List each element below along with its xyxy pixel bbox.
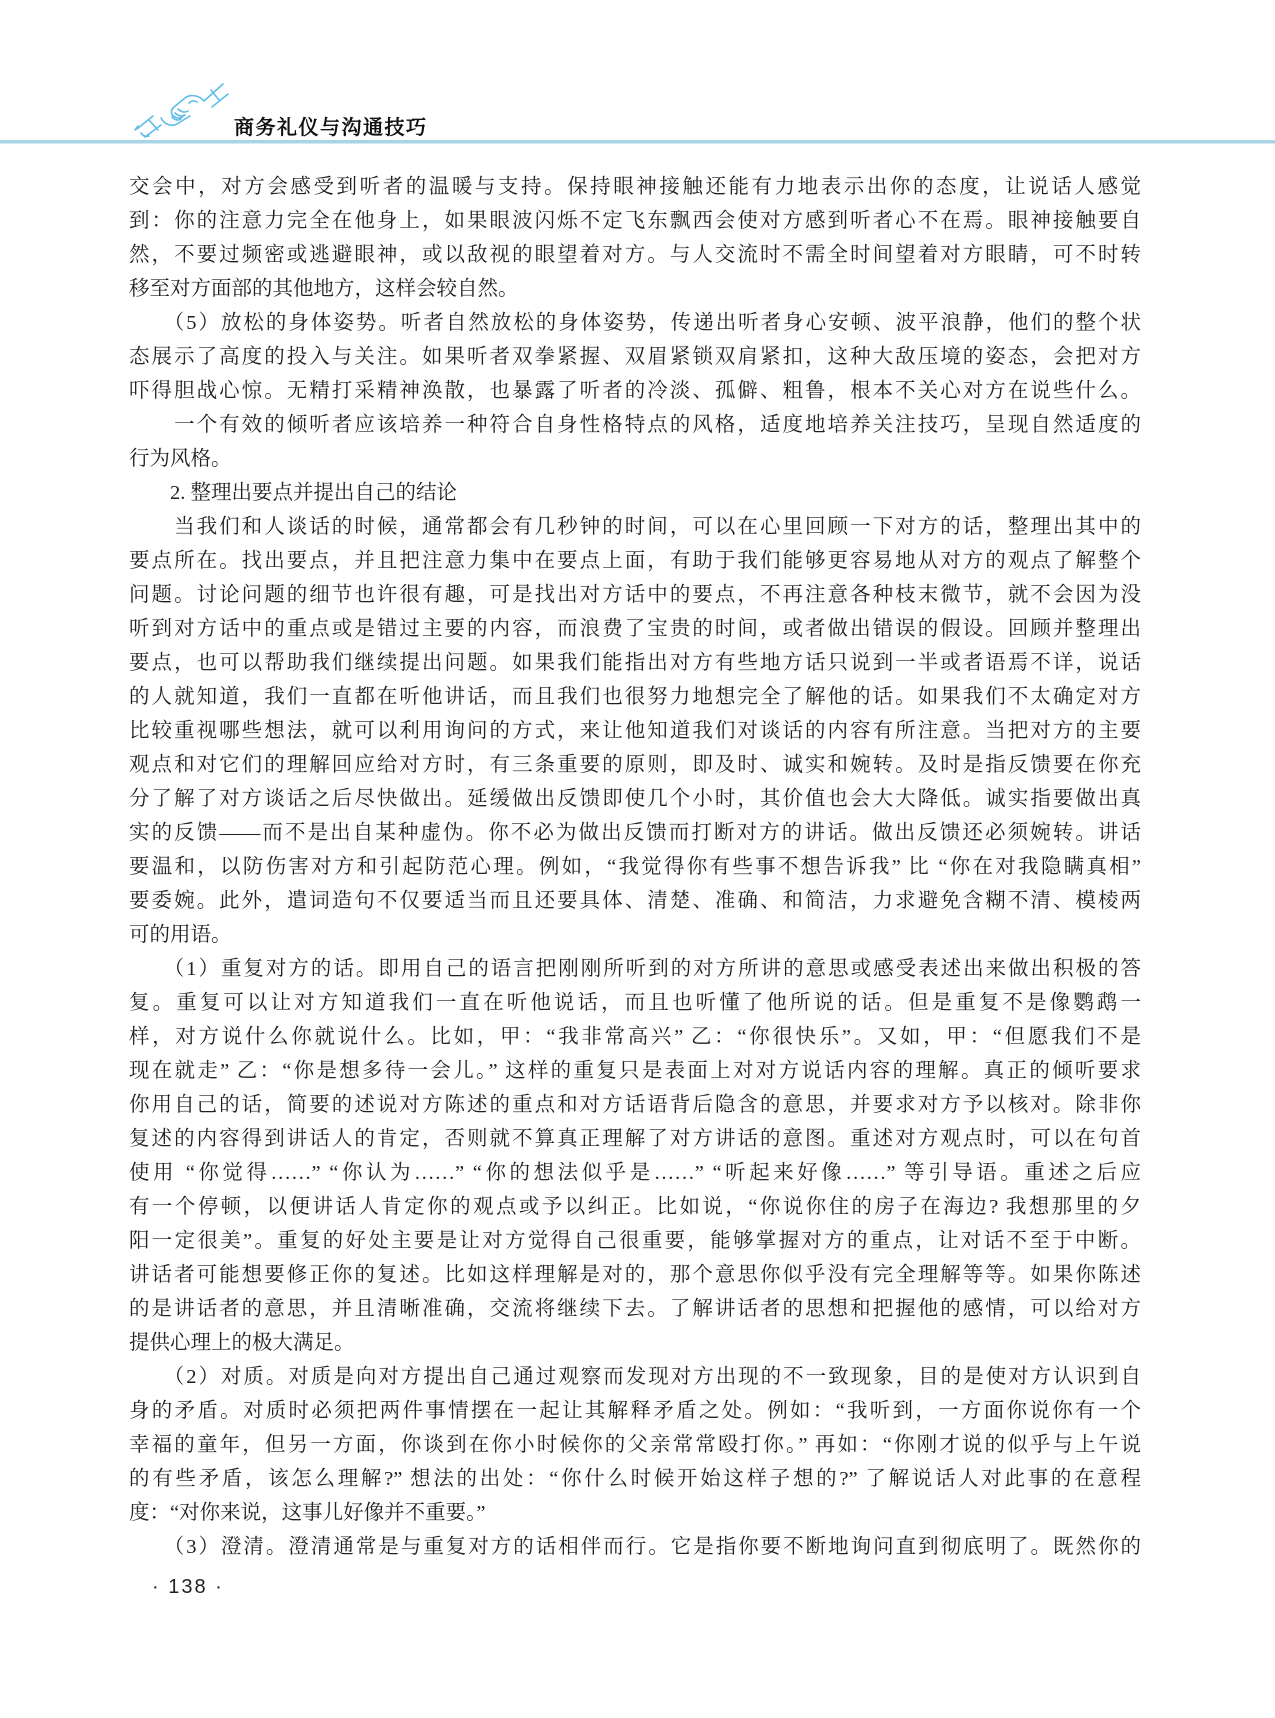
- text-line: 要温和，以防伤害对方和引起防范心理。例如，“我觉得你有些事不想告诉我” 比 “你…: [129, 850, 1141, 884]
- text-line: 2. 整理出要点并提出自己的结论: [129, 476, 1141, 510]
- text-line: 提供心理上的极大满足。: [129, 1326, 1141, 1360]
- text-line: 分了解了对方谈话之后尽快做出。延缓做出反馈即使几个小时，其价值也会大大降低。诚实…: [129, 782, 1141, 816]
- text-line: 样，对方说什么你就说什么。比如，甲：“我非常高兴” 乙：“你很快乐”。又如，甲：…: [129, 1020, 1141, 1054]
- text-line: 行为风格。: [129, 442, 1141, 476]
- text-column: 交会中，对方会感受到听者的温暖与支持。保持眼神接触还能有力地表示出你的态度，让说…: [129, 170, 1141, 1564]
- text-line: 你用自己的话，简要的述说对方陈述的重点和对方话语背后隐含的意思，并要求对方予以核…: [129, 1088, 1141, 1122]
- text-line: 幸福的童年，但另一方面，你谈到在你小时候你的父亲常常殴打你。” 再如：“你刚才说…: [129, 1428, 1141, 1462]
- text-line: 观点和对它们的理解回应给对方时，有三条重要的原则，即及时、诚实和婉转。及时是指反…: [129, 748, 1141, 782]
- text-line: 现在就走” 乙：“你是想多待一会儿。” 这样的重复只是表面上对对方说话内容的理解…: [129, 1054, 1141, 1088]
- text-line: 态展示了高度的投入与关注。如果听者双拳紧握、双眉紧锁双肩紧扣，这种大敌压境的姿态…: [129, 340, 1141, 374]
- page-header: 商务礼仪与沟通技巧: [0, 0, 1275, 146]
- text-line: 比较重视哪些想法，就可以利用询问的方式，来让他知道我们对谈话的内容有所注意。当把…: [129, 714, 1141, 748]
- text-line: 的有些矛盾，该怎么理解?” 想法的出处：“你什么时候开始这样子想的?” 了解说话…: [129, 1462, 1141, 1496]
- text-line: 要委婉。此外，遣词造句不仅要适当而且还要具体、清楚、准确、和简洁，力求避免含糊不…: [129, 884, 1141, 918]
- text-line: 身的矛盾。对质时必须把两件事情摆在一起让其解释矛盾之处。例如：“我听到，一方面你…: [129, 1394, 1141, 1428]
- text-line: 要点所在。找出要点，并且把注意力集中在要点上面，有助于我们能够更容易地从对方的观…: [129, 544, 1141, 578]
- text-line: 讲话者可能想要修正你的复述。比如这样理解是对的，那个意思你似乎没有完全理解等等。…: [129, 1258, 1141, 1292]
- text-line: （3）澄清。澄清通常是与重复对方的话相伴而行。它是指你要不断地询问直到彻底明了。…: [129, 1530, 1141, 1564]
- text-line: 交会中，对方会感受到听者的温暖与支持。保持眼神接触还能有力地表示出你的态度，让说…: [129, 170, 1141, 204]
- text-line: 吓得胆战心惊。无精打采精神涣散，也暴露了听者的冷淡、孤僻、粗鲁，根本不关心对方在…: [129, 374, 1141, 408]
- text-line: 的人就知道，我们一直都在听他讲话，而且我们也很努力地想完全了解他的话。如果我们不…: [129, 680, 1141, 714]
- text-line: 一个有效的倾听者应该培养一种符合自身性格特点的风格，适度地培养关注技巧，呈现自然…: [129, 408, 1141, 442]
- text-line: （5）放松的身体姿势。听者自然放松的身体姿势，传递出听者身心安顿、波平浪静，他们…: [129, 306, 1141, 340]
- text-line: 到：你的注意力完全在他身上，如果眼波闪烁不定飞东飘西会使对方感到听者心不在焉。眼…: [129, 204, 1141, 238]
- header-rule: [0, 140, 1275, 144]
- text-line: 有一个停顿，以便讲话人肯定你的观点或予以纠正。比如说，“你说你住的房子在海边? …: [129, 1190, 1141, 1224]
- text-line: 实的反馈——而不是出自某种虚伪。你不必为做出反馈而打断对方的讲话。做出反馈还必须…: [129, 816, 1141, 850]
- text-line: 使用 “你觉得……” “你认为……” “你的想法似乎是……” “听起来好像……”…: [129, 1156, 1141, 1190]
- text-line: 移至对方面部的其他地方，这样会较自然。: [129, 272, 1141, 306]
- text-line: （2）对质。对质是向对方提出自己通过观察而发现对方出现的不一致现象，目的是使对方…: [129, 1360, 1141, 1394]
- text-line: 当我们和人谈话的时候，通常都会有几秒钟的时间，可以在心里回顾一下对方的话，整理出…: [129, 510, 1141, 544]
- text-line: 复。重复可以让对方知道我们一直在听他说话，而且也听懂了他所说的话。但是重复不是像…: [129, 986, 1141, 1020]
- text-line: 可的用语。: [129, 918, 1141, 952]
- text-line: 复述的内容得到讲话人的肯定，否则就不算真正理解了对方讲话的意图。重述对方观点时，…: [129, 1122, 1141, 1156]
- page-title: 商务礼仪与沟通技巧: [234, 111, 428, 140]
- text-line: 阳一定很美”。重复的好处主要是让对方觉得自己很重要，能够掌握对方的重点，让对话不…: [129, 1224, 1141, 1258]
- text-line: 度：“对你来说，这事儿好像并不重要。”: [129, 1496, 1141, 1530]
- text-line: 要点，也可以帮助我们继续提出问题。如果我们能指出对方有些地方话只说到一半或者语焉…: [129, 646, 1141, 680]
- page-number: · 138 ·: [152, 1576, 224, 1599]
- text-line: （1）重复对方的话。即用自己的语言把刚刚所听到的对方所讲的意思或感受表述出来做出…: [129, 952, 1141, 986]
- handshake-icon: [133, 82, 229, 138]
- text-line: 听到对方话中的重点或是错过主要的内容，而浪费了宝贵的时间，或者做出错误的假设。回…: [129, 612, 1141, 646]
- text-line: 问题。讨论问题的细节也许很有趣，可是找出对方话中的要点，不再注意各种枝末微节，就…: [129, 578, 1141, 612]
- text-line: 的是讲话者的意思，并且清晰准确，交流将继续下去。了解讲话者的思想和把握他的感情，…: [129, 1292, 1141, 1326]
- text-line: 然，不要过频密或逃避眼神，或以敌视的眼望着对方。与人交流时不需全时间望着对方眼睛…: [129, 238, 1141, 272]
- book-page: 商务礼仪与沟通技巧 交会中，对方会感受到听者的温暖与支持。保持眼神接触还能有力地…: [0, 0, 1275, 1718]
